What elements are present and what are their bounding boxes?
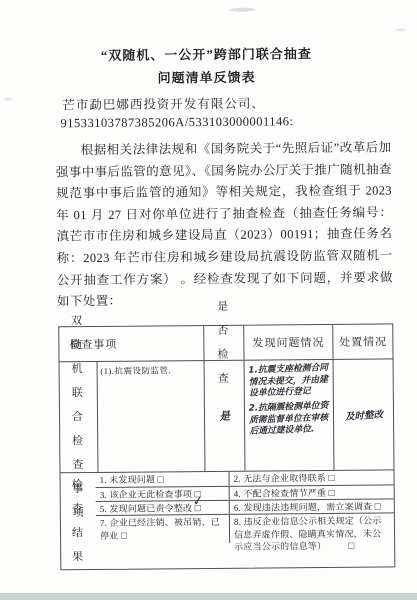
- recipient-company: 芒市勐巴娜西投资开发有限公司、: [62, 94, 265, 114]
- results-block: 检查结果 1. 未发现问题 □ 2. 无法与企业取得联系 □ 3. 该企业无此检…: [60, 469, 394, 569]
- handwritten-problem-note-2: 2.抗隔震检测单位资质需监督单位在审核后通过建设单位.: [248, 400, 333, 437]
- option-3: 3. 该企业无此检查事项 □: [96, 487, 229, 501]
- scanned-document-sheet: “双随机、一公开”跨部门联合抽查 问题清单反馈表 芒市勐巴娜西投资开发有限公司、…: [0, 0, 417, 600]
- document-title-line2: 问题清单反馈表: [0, 64, 415, 91]
- recipient-credit-code: 91533103787385206A/533103000001146:: [60, 114, 293, 131]
- checkmark-icon: ✓: [192, 495, 205, 509]
- option-2-number: 2.: [234, 474, 241, 484]
- option-5-label: 发现问题已责令整改: [109, 503, 192, 514]
- option-2-label: 无法与企业取得联系: [243, 473, 326, 484]
- option-6-number: 6.: [234, 503, 241, 513]
- scan-smudge: [396, 28, 406, 31]
- checked-handwritten-cell: 是: [204, 361, 245, 471]
- option-7: 7. 企业已经注销、被吊销、已停业 □: [96, 515, 229, 544]
- scan-smudge: [4, 98, 12, 101]
- check-item-cell: (1).抗震设防监管.: [96, 361, 204, 472]
- checkbox-icon: □: [121, 530, 127, 541]
- option-8-number: 8.: [234, 517, 241, 527]
- option-3-label: 该企业无此检查事项: [109, 489, 192, 500]
- scan-edge-shadow: [0, 593, 417, 600]
- option-1-number: 1.: [100, 475, 107, 485]
- option-1: 1. 未发现问题 □: [96, 472, 229, 487]
- handwritten-disposal: 及时整改: [344, 407, 383, 423]
- header-disposal: 处置情况: [333, 324, 393, 359]
- results-label-text: 检查结果: [67, 473, 90, 569]
- table-row: 双随机联合检查事项 (1).抗震设防监管. 是 1.抗震支座检测合同情况未提交，…: [60, 358, 394, 472]
- scan-smudge: [229, 8, 255, 12]
- option-5-number: 5.: [100, 504, 107, 514]
- results-vertical-label: 检查结果: [61, 473, 97, 569]
- option-3-number: 3.: [100, 490, 107, 500]
- category-vertical-label: 双随机联合检查事项: [60, 362, 98, 472]
- option-7-number: 7.: [100, 518, 107, 528]
- option-5: 5. 发现问题已责令整改 □ ✓: [96, 501, 229, 515]
- option-4-label: 不配合检查情节严重: [243, 488, 326, 499]
- inspection-table: 检查事项 是否检查 发现问题情况 处置情况 双随机联合检查事项 (1).抗震设防…: [58, 323, 395, 570]
- checkbox-icon: □: [375, 502, 381, 513]
- checkbox-icon: □: [329, 488, 335, 499]
- handwritten-yes: 是: [218, 407, 230, 424]
- option-8-label: 违反企业信息公示相关规定（公示信息弄虚作假、隐瞒真实情况，未公示应当公示的信息等…: [234, 515, 382, 551]
- checkbox-icon: □: [158, 474, 164, 485]
- results-row-4: 7. 企业已经注销、被吊销、已停业 □ 8. 违反企业信息公示相关规定（公示信息…: [96, 512, 394, 544]
- handwritten-problem-note-1: 1.抗震支座检测合同情况未提交，并由建设单位进行登记: [248, 363, 333, 400]
- document-title: “双随机、一公开”跨部门联合抽查 问题清单反馈表: [0, 41, 415, 91]
- results-options: 1. 未发现问题 □ 2. 无法与企业取得联系 □ 3. 该企业无此检查事项 □…: [96, 470, 395, 569]
- header-checked: 是否检查: [203, 326, 243, 360]
- option-8: 8. 违反企业信息公示相关规定（公示信息弄虚作假、隐瞒真实情况，未公示应当公示的…: [229, 513, 394, 542]
- option-6-label: 发现违法违规问题，需立案调查: [243, 502, 372, 513]
- option-2: 2. 无法与企业取得联系 □: [229, 470, 394, 485]
- problem-notes-cell: 1.抗震支座检测合同情况未提交，并由建设单位进行登记 2.抗隔震检测单位资质需监…: [243, 360, 333, 471]
- option-4-number: 4.: [234, 489, 241, 499]
- body-paragraph: 根据相关法律法规和《国务院关于“先照后证”改革后加强事中事后监管的意见》、《国务…: [56, 137, 393, 313]
- option-7-label: 企业已经注销、被吊销、已停业: [100, 517, 220, 541]
- table-header-row: 检查事项 是否检查 发现问题情况 处置情况: [59, 324, 392, 361]
- disposal-handwritten-cell: 及时整改: [333, 359, 394, 470]
- checkbox-icon: □: [348, 541, 354, 552]
- checkbox-icon: □: [328, 473, 334, 484]
- header-problems: 发现问题情况: [243, 325, 333, 360]
- option-1-label: 未发现问题: [109, 474, 155, 484]
